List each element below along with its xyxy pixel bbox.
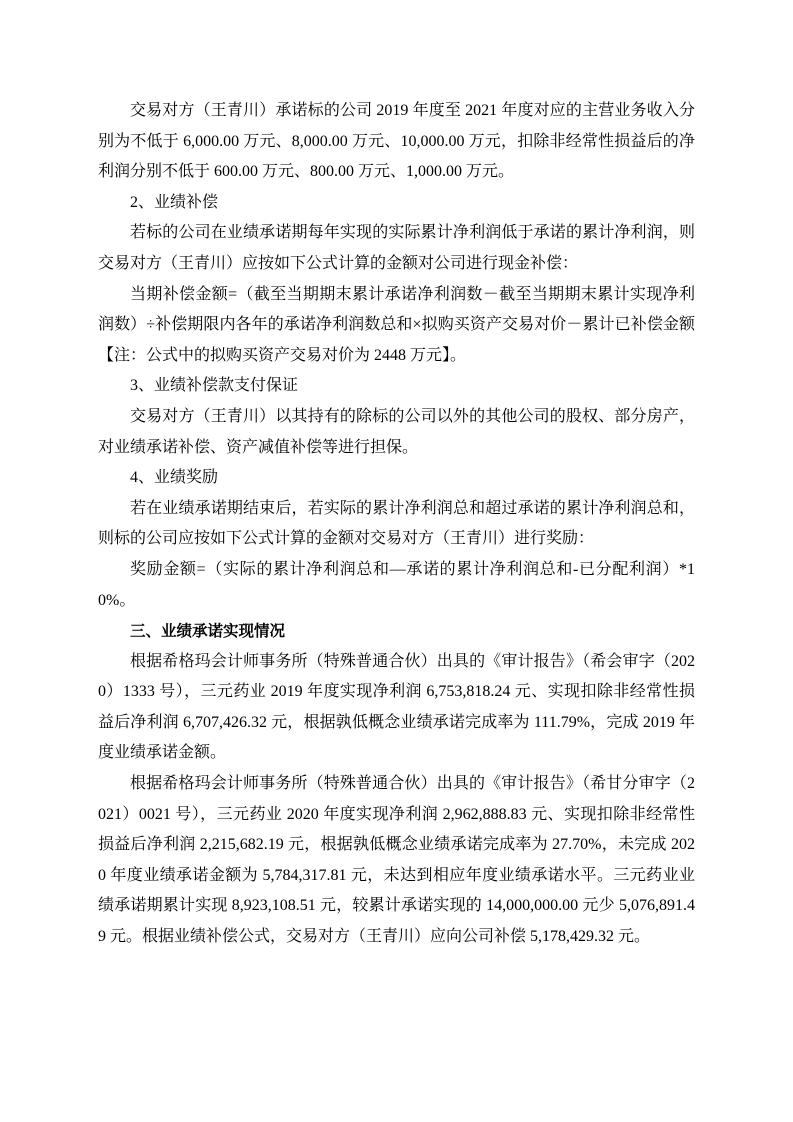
paragraph-reward-condition: 若在业绩承诺期结束后，若实际的累计净利润总和超过承诺的累计净利润总和，则标的公司… xyxy=(98,494,695,555)
document-page: 交易对方（王青川）承诺标的公司 2019 年度至 2021 年度对应的主营业务收… xyxy=(0,0,793,1122)
document-body: 交易对方（王青川）承诺标的公司 2019 年度至 2021 年度对应的主营业务收… xyxy=(98,96,695,953)
paragraph-revenue-commitment: 交易对方（王青川）承诺标的公司 2019 年度至 2021 年度对应的主营业务收… xyxy=(98,96,695,188)
subheading-compensation-payment-guarantee: 3、业绩补偿款支付保证 xyxy=(98,371,695,402)
paragraph-compensation-condition: 若标的公司在业绩承诺期每年实现的实际累计净利润低于承诺的累计净利润，则交易对方（… xyxy=(98,218,695,279)
paragraph-guarantee-description: 交易对方（王青川）以其持有的除标的公司以外的其他公司的股权、部分房产，对业绩承诺… xyxy=(98,402,695,463)
subheading-performance-compensation: 2、业绩补偿 xyxy=(98,188,695,219)
subheading-performance-reward: 4、业绩奖励 xyxy=(98,463,695,494)
paragraph-2020-audit-result: 根据希格玛会计师事务所（特殊普通合伙）出具的《审计报告》（希甘分审字（2021）… xyxy=(98,769,695,953)
paragraph-reward-formula: 奖励金额=（实际的累计净利润总和—承诺的累计净利润总和-已分配利润）*10%。 xyxy=(98,555,695,616)
paragraph-2019-audit-result: 根据希格玛会计师事务所（特殊普通合伙）出具的《审计报告》（希会审字（2020）1… xyxy=(98,647,695,769)
section-heading-performance-realization: 三、业绩承诺实现情况 xyxy=(98,616,695,647)
paragraph-compensation-formula: 当期补偿金额=（截至当期期末累计承诺净利润数－截至当期期末累计实现净利润数）÷补… xyxy=(98,280,695,372)
